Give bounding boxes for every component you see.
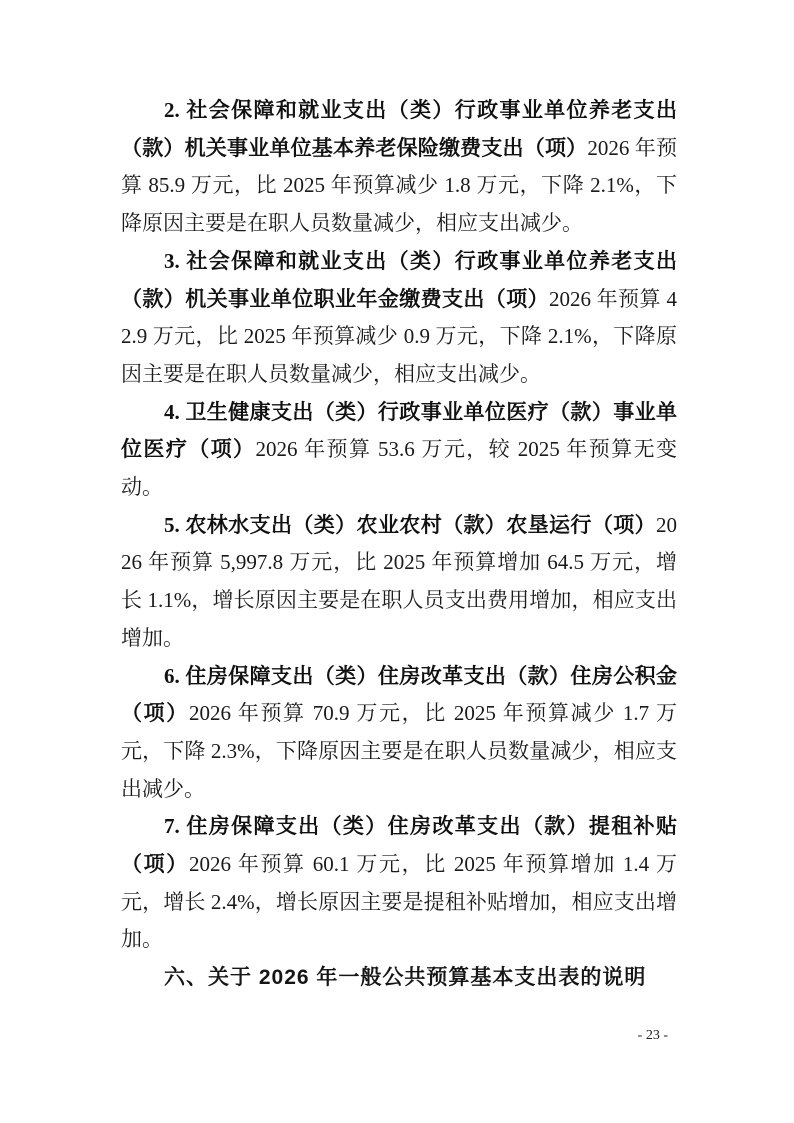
budget-paragraph-5: 5. 农林水支出（类）农业农村（款）农垦运行（项）2026 年预算 5,997.… xyxy=(121,507,677,658)
section-heading: 六、关于 2026 年一般公共预算基本支出表的说明 xyxy=(121,959,677,997)
budget-paragraph-3: 3. 社会保障和就业支出（类）行政事业单位养老支出（款）机关事业单位职业年金缴费… xyxy=(121,243,677,394)
paragraph-body: 2026 年预算 60.1 万元，比 2025 年预算增加 1.4 万元，增长 … xyxy=(121,852,677,951)
document-page: 2. 社会保障和就业支出（类）行政事业单位养老支出（款）机关事业单位基本养老保险… xyxy=(0,0,794,1123)
paragraph-lead: 5. 农林水支出（类）农业农村（款）农垦运行（项） xyxy=(164,513,656,537)
page-number: - 23 - xyxy=(0,1028,668,1044)
budget-paragraph-6: 6. 住房保障支出（类）住房改革支出（款）住房公积金（项）2026 年预算 70… xyxy=(121,658,677,809)
budget-paragraph-2: 2. 社会保障和就业支出（类）行政事业单位养老支出（款）机关事业单位基本养老保险… xyxy=(121,92,677,243)
budget-paragraph-4: 4. 卫生健康支出（类）行政事业单位医疗（款）事业单位医疗（项）2026 年预算… xyxy=(121,394,677,507)
document-body: 2. 社会保障和就业支出（类）行政事业单位养老支出（款）机关事业单位基本养老保险… xyxy=(121,92,677,997)
paragraph-body: 2026 年预算 70.9 万元，比 2025 年预算减少 1.7 万元，下降 … xyxy=(121,701,677,800)
budget-paragraph-7: 7. 住房保障支出（类）住房改革支出（款）提租补贴（项）2026 年预算 60.… xyxy=(121,808,677,959)
